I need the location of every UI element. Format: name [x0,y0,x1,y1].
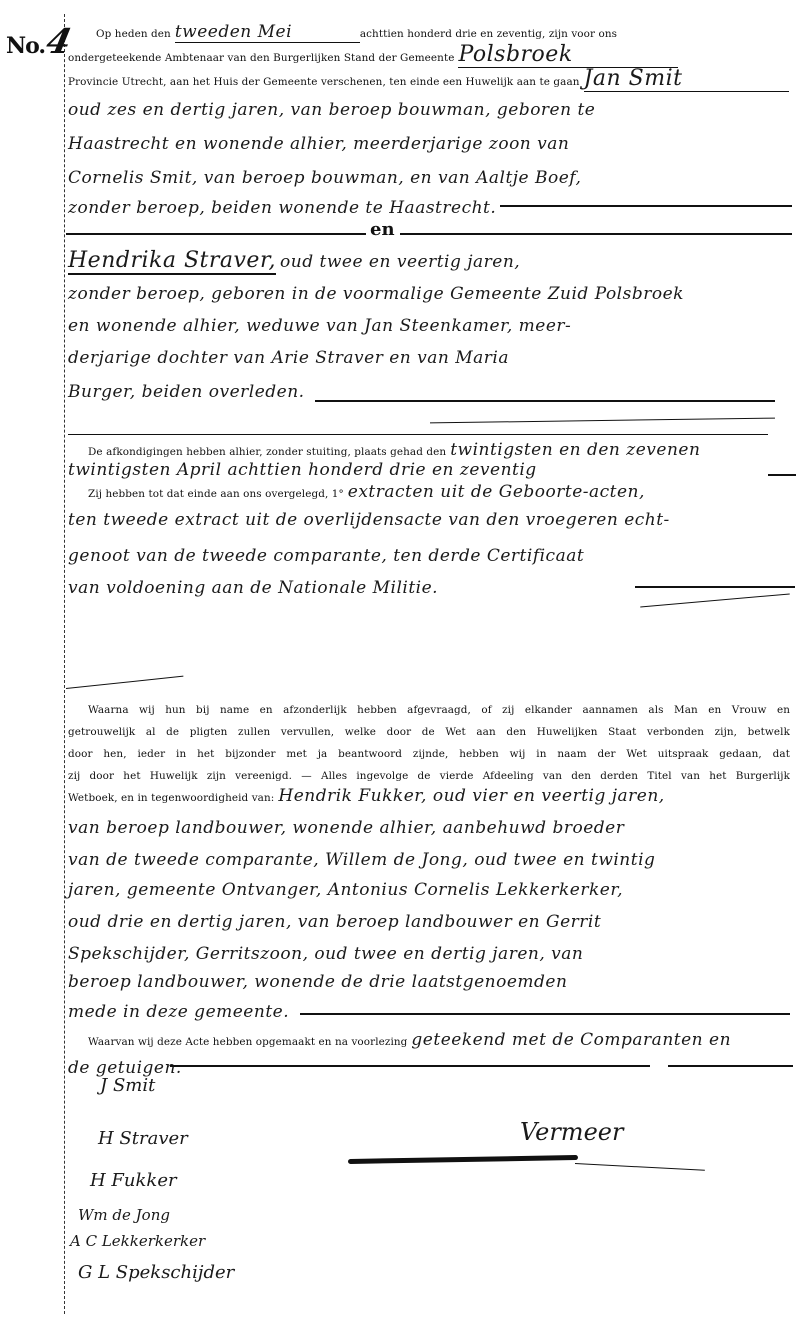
proclamations-line-3: Zij hebben tot dat einde aan ons overgel… [88,482,794,502]
signature-witness-1: H Fukker [90,1170,177,1191]
witness-end-rule [300,1013,790,1015]
declaration-printed-last: Wetboek, en in tegenwoordigheid van: [68,792,274,804]
bride-line-5: Burger, beiden overleden. [68,382,794,402]
marriage-date: tweeden Mei [175,22,360,43]
declaration-line-2: getrouwelijk al de pligten zullen vervul… [68,726,790,738]
groom-line-3: Cornelis Smit, van beroep bouwman, en va… [68,168,794,188]
witness-line-6: beroep landbouwer, wonende de drie laats… [68,972,794,992]
witness-line-2: van de tweede comparante, Willem de Jong… [68,850,794,870]
signature-bride: H Straver [98,1128,188,1149]
witness-line-4: oud drie en dertig jaren, van beroep lan… [68,912,794,932]
groom-line-4: zonder beroep, beiden wonende te Haastre… [68,198,794,218]
section-rule-proclamations [68,434,768,435]
documents-hand-1: extracten uit de Geboorte-acten, [348,482,645,502]
documents-line-1: ten tweede extract uit de overlijdensact… [68,510,794,530]
closing-line-1: Waarvan wij deze Acte hebben opgemaakt e… [88,1030,794,1050]
proclamation-dates-2: twintigsten April achttien honderd drie … [68,460,537,480]
municipality-name: Polsbroek [458,42,678,68]
signature-official-flourish [575,1163,705,1171]
bride-name: Hendrika Straver, [68,248,276,275]
signature-witness-4: G L Spekschijder [78,1262,234,1283]
intro-printed-2: achttien honderd drie en zeventig, zijn … [360,28,617,40]
witness-line-3: jaren, gemeente Ontvanger, Antonius Corn… [68,880,794,900]
bride-line-4: derjarige dochter van Arie Straver en va… [68,348,794,368]
closing-printed: Waarvan wij deze Acte hebben opgemaakt e… [88,1036,407,1048]
closing-end-rule [170,1065,650,1067]
signature-official: Vermeer [520,1118,623,1146]
closing-end-rule-2 [668,1065,793,1067]
intro-printed-1: Op heden den [96,28,171,40]
bride-end-flourish [430,418,775,424]
proclamations-printed-1: De afkondigingen hebben alhier, zonder s… [88,446,446,458]
bride-line-2: zonder beroep, geboren in de voormalige … [68,284,794,304]
signature-groom: J Smit [100,1075,155,1096]
declaration-line-4: zij door het Huwelijk zijn vereenigd. — … [68,770,790,782]
signature-witness-3: A C Lekkerkerker [70,1232,205,1250]
intro-printed-4: Provincie Utrecht, aan het Huis der Geme… [68,76,580,88]
declaration-line-5: Wetboek, en in tegenwoordigheid van: Hen… [68,786,794,806]
witness-1-name: Hendrik Fukker, oud vier en veertig jare… [278,786,664,806]
conjunction-en: en [370,219,395,240]
groom-line-2: Haastrecht en wonende alhier, meerderjar… [68,134,794,154]
proclamations-line-2: twintigsten April achttien honderd drie … [68,460,794,480]
documents-printed: Zij hebben tot dat einde aan ons overgel… [88,488,344,500]
blank-line-stroke [66,676,183,689]
intro-line-2: ondergeteekende Ambtenaar van den Burger… [68,42,794,68]
conjunction-rule-left [66,233,366,235]
groom-name: Jan Smit [584,66,789,92]
declaration-line-1: Waarna wij hun bij name en afzonderlijk … [88,704,790,716]
marriage-record-page: No.4 Op heden den tweeden Meiachttien ho… [0,0,800,1318]
witness-line-7: mede in deze gemeente. [68,1002,794,1022]
groom-end-rule [500,205,792,207]
signature-official-underline [348,1155,578,1164]
intro-line-1: Op heden den tweeden Meiachttien honderd… [96,22,794,43]
documents-line-2: genoot van de tweede comparante, ten der… [68,546,794,566]
bride-age: oud twee en veertig jaren, [280,252,520,272]
conjunction-rule-right [400,233,792,235]
witness-line-1: van beroep landbouwer, wonende alhier, a… [68,818,794,838]
closing-hand-1: geteekend met de Comparanten en [411,1030,731,1050]
intro-line-3: Provincie Utrecht, aan het Huis der Geme… [68,66,794,92]
groom-line-1: oud zes en dertig jaren, van beroep bouw… [68,100,794,120]
record-number: No.4 [6,22,70,62]
record-number-label: No. [6,33,45,59]
closing-line-2: de getuigen. [68,1058,794,1078]
bride-line-1: Hendrika Straver, oud twee en veertig ja… [68,248,794,275]
documents-line-3: van voldoening aan de Nationale Militie. [68,578,794,598]
proclamations-dash [768,474,796,476]
margin-rule [64,14,65,1314]
bride-line-3: en wonende alhier, weduwe van Jan Steenk… [68,316,794,336]
intro-printed-3: ondergeteekende Ambtenaar van den Burger… [68,52,454,64]
signature-witness-2: Wm de Jong [78,1206,170,1224]
bride-end-rule [315,400,775,402]
proclamation-dates-1: twintigsten en den zevenen [450,440,700,460]
declaration-line-3: door hen, ieder in het bijzonder met ja … [68,748,790,760]
documents-end-rule [635,586,795,588]
witness-line-5: Spekschijder, Gerritszoon, oud twee en d… [68,944,794,964]
proclamations-line-1: De afkondigingen hebben alhier, zonder s… [88,440,794,460]
